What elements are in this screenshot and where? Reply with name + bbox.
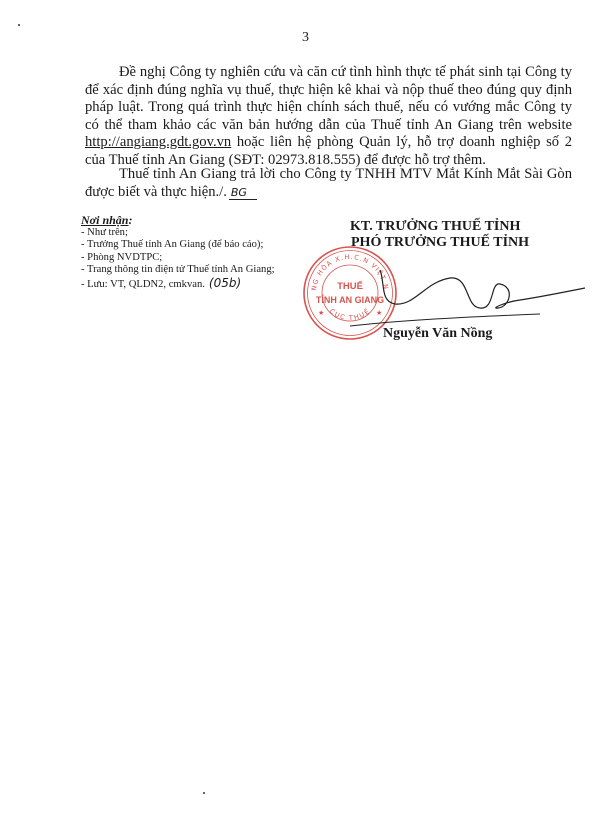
- recipient-item: - Như trên;: [81, 227, 331, 239]
- recipients-title: Nơi nhận:: [81, 213, 331, 227]
- star-icon: ★: [318, 309, 324, 317]
- paragraph-2-text: Thuế tỉnh An Giang trả lời cho Công ty T…: [85, 166, 572, 200]
- recipients-block: Nơi nhận: - Như trên; - Trưởng Thuế tỉnh…: [81, 213, 331, 291]
- signature-title-1: KT. TRƯỞNG THUẾ TỈNH: [300, 219, 611, 235]
- handwritten-note: (05b): [209, 276, 241, 290]
- recipient-item: - Trưởng Thuế tỉnh An Giang (để báo cáo)…: [81, 239, 331, 251]
- recipient-item: - Lưu: VT, QLDN2, cmkvan.(05b): [81, 277, 331, 291]
- paragraph-1-text: Đề nghị Công ty nghiên cứu và căn cứ tìn…: [85, 64, 572, 133]
- page-number: 3: [0, 30, 611, 46]
- scan-speck: [18, 24, 20, 26]
- website-link[interactable]: http://angiang.gdt.gov.vn: [85, 134, 231, 150]
- handwritten-initials: BG: [229, 186, 257, 200]
- scan-speck: [203, 792, 205, 794]
- handwritten-signature: [340, 262, 590, 332]
- body-paragraph-1: Đề nghị Công ty nghiên cứu và căn cứ tìn…: [85, 64, 572, 170]
- recipient-item: - Trang thông tin điện tử Thuế tỉnh An G…: [81, 264, 331, 276]
- body-paragraph-2: Thuế tỉnh An Giang trả lời cho Công ty T…: [85, 166, 572, 201]
- signer-name: Nguyễn Văn Nồng: [383, 326, 492, 342]
- recipient-item: - Phòng NVDTPC;: [81, 252, 331, 264]
